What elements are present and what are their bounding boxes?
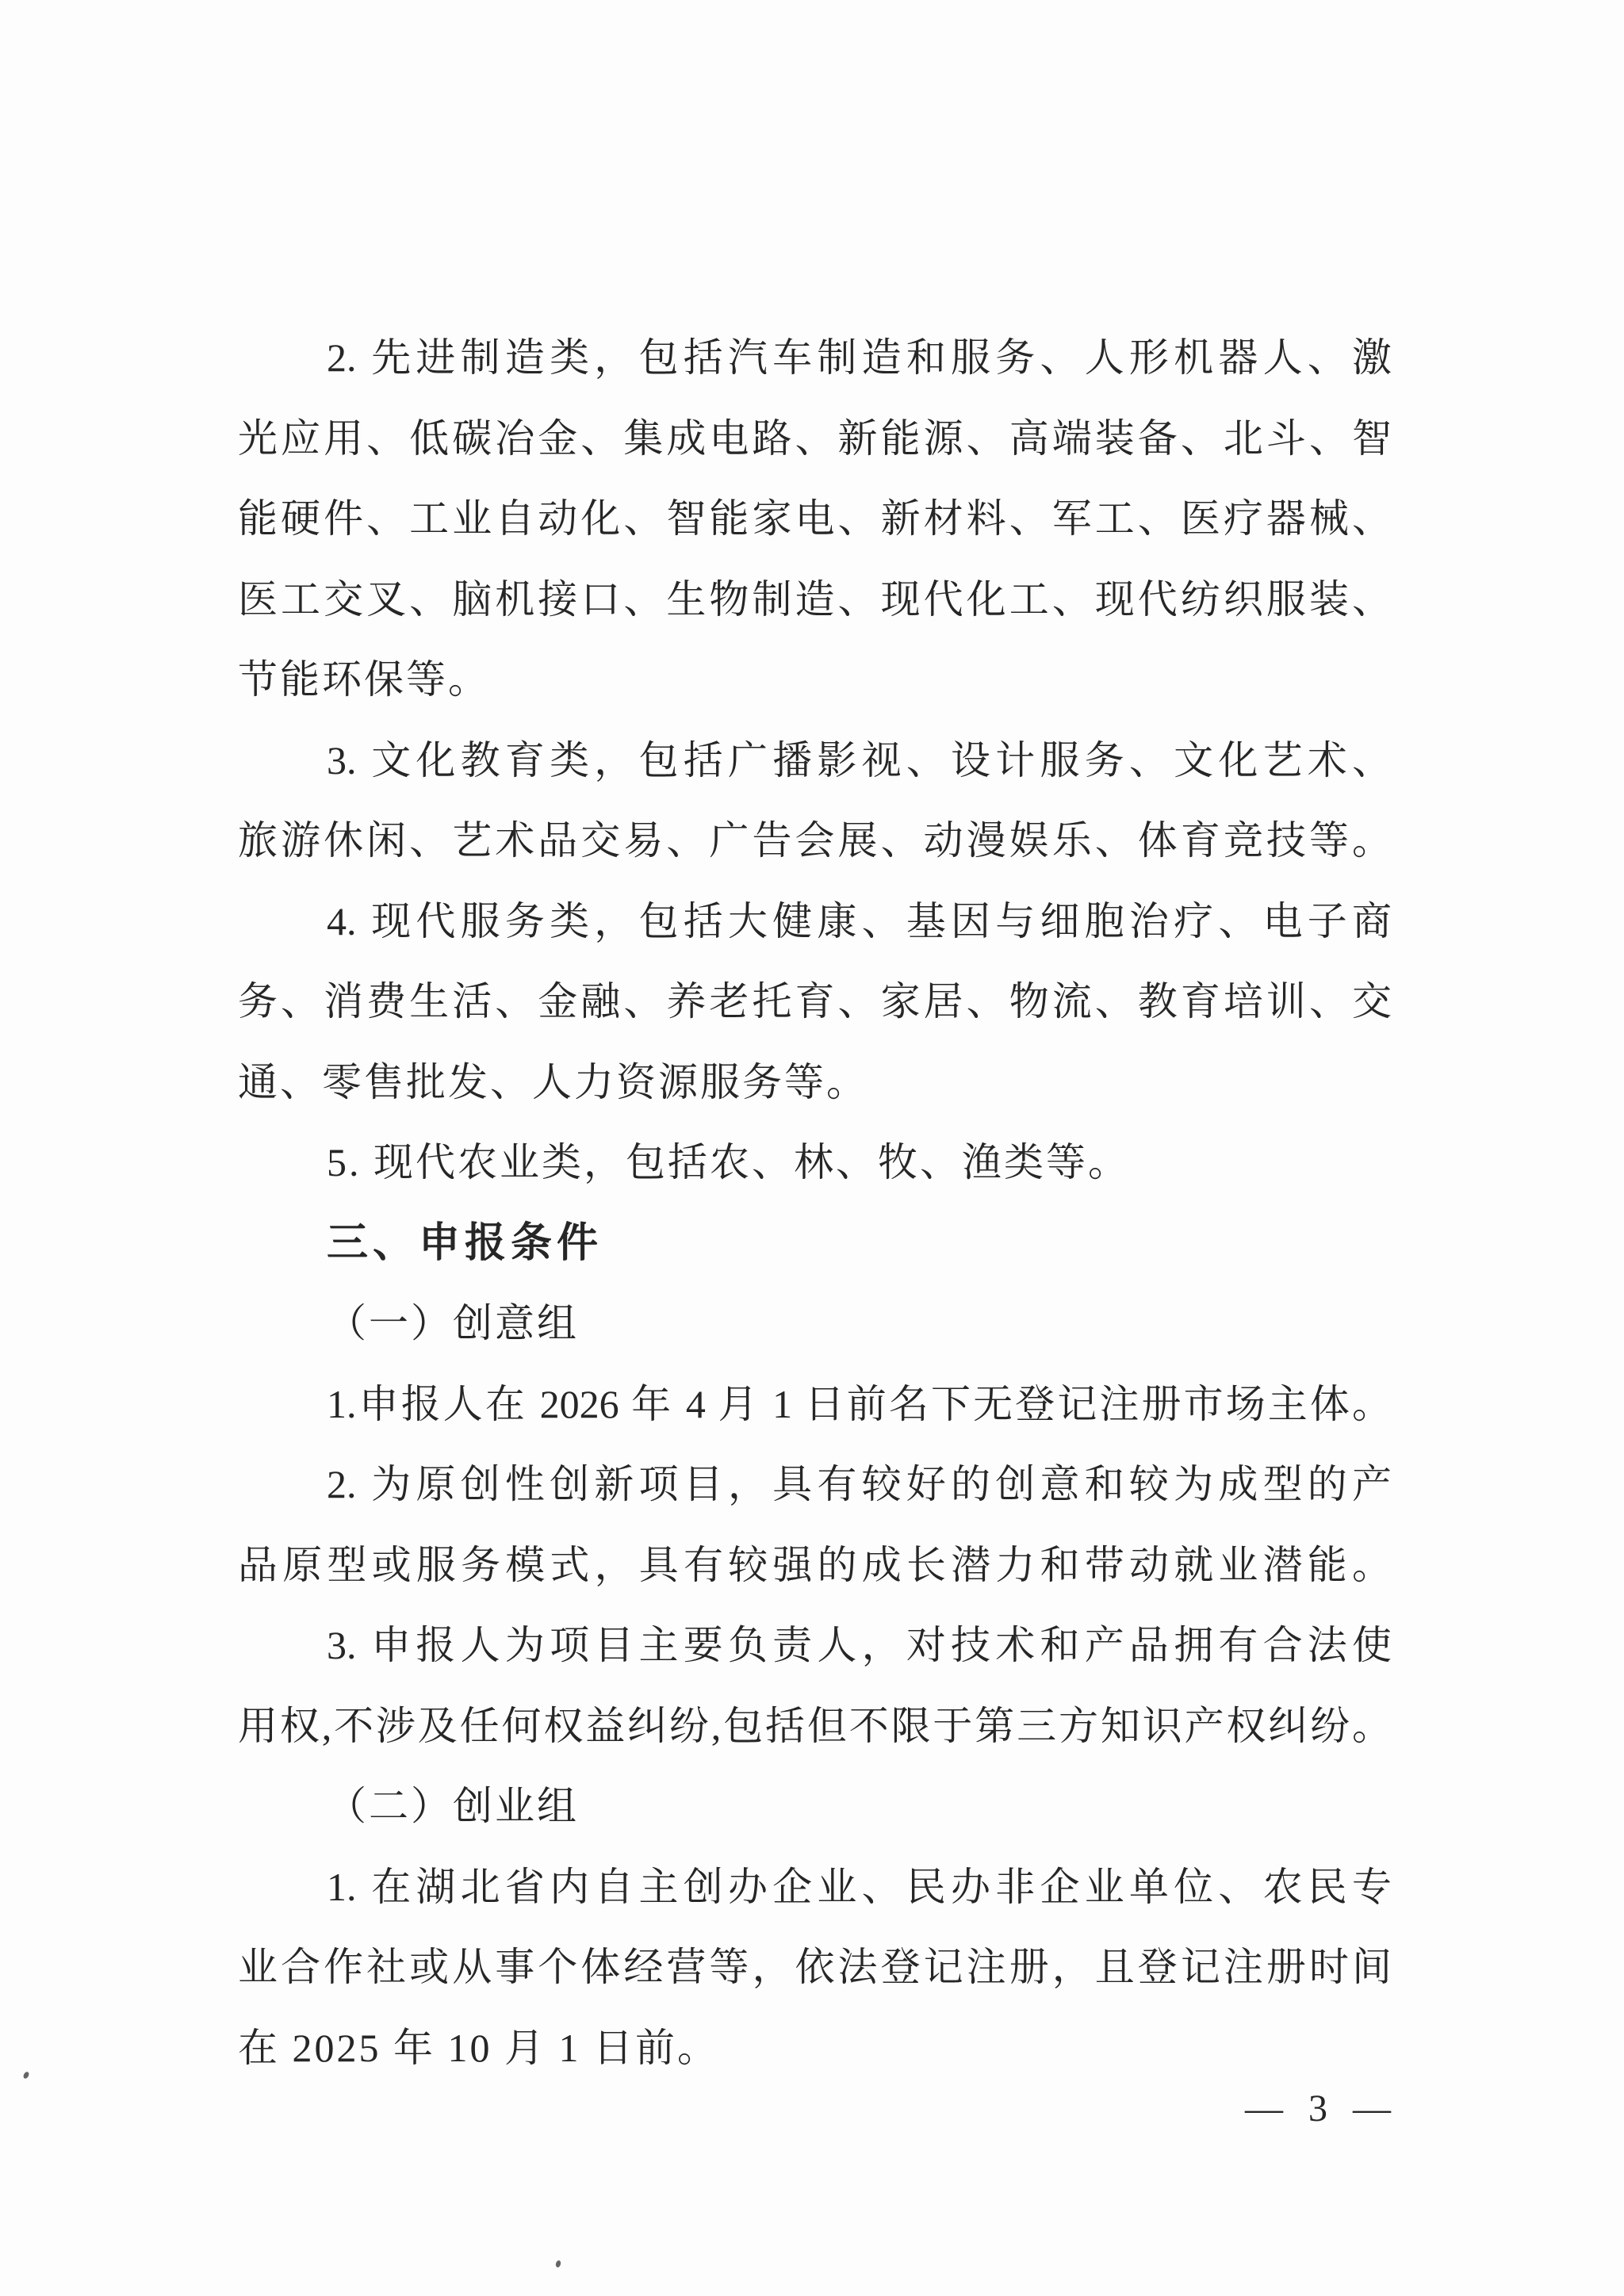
text-line: 通、零售批发、人力资源服务等。 bbox=[238, 1043, 1392, 1123]
text-line: （二）创业组 bbox=[238, 1766, 1392, 1847]
text-line: 能硬件、工业自动化、智能家电、新材料、军工、医疗器械、 bbox=[238, 479, 1392, 560]
text-line: 节能环保等。 bbox=[238, 640, 1392, 721]
text-line: 光应用、低碳冶金、集成电路、新能源、高端装备、北斗、智 bbox=[238, 399, 1392, 480]
text-line: 3. 申报人为项目主要负责人，对技术和产品拥有合法使 bbox=[238, 1605, 1392, 1686]
text-line: 务、消费生活、金融、养老托育、家居、物流、教育培训、交 bbox=[238, 962, 1392, 1043]
text-line: 5. 现代农业类，包括农、林、牧、渔类等。 bbox=[238, 1123, 1392, 1203]
text-line: 用权,不涉及任何权益纠纷,包括但不限于第三方知识产权纠纷。 bbox=[238, 1686, 1392, 1767]
text-line: 2. 为原创性创新项目，具有较好的创意和较为成型的产 bbox=[238, 1445, 1392, 1525]
text-line: 医工交叉、脑机接口、生物制造、现代化工、现代纺织服装、 bbox=[238, 560, 1392, 641]
text-line: 2. 先进制造类，包括汽车制造和服务、人形机器人、激 bbox=[238, 318, 1392, 399]
document-body: 2. 先进制造类，包括汽车制造和服务、人形机器人、激光应用、低碳冶金、集成电路、… bbox=[238, 318, 1392, 2088]
text-line: 1. 在湖北省内自主创办企业、民办非企业单位、农民专 bbox=[238, 1847, 1392, 1928]
section-heading-line: 三、申报条件 bbox=[238, 1203, 1392, 1284]
text-line: 3. 文化教育类，包括广播影视、设计服务、文化艺术、 bbox=[238, 721, 1392, 802]
text-line: 旅游休闲、艺术品交易、广告会展、动漫娱乐、体育竞技等。 bbox=[238, 801, 1392, 882]
text-line: 业合作社或从事个体经营等，依法登记注册，且登记注册时间 bbox=[238, 1927, 1392, 2008]
text-line: 1.申报人在 2026 年 4 月 1 日前名下无登记注册市场主体。 bbox=[238, 1364, 1392, 1445]
document-page: 2. 先进制造类，包括汽车制造和服务、人形机器人、激光应用、低碳冶金、集成电路、… bbox=[0, 0, 1624, 2296]
page-number: — 3 — bbox=[1245, 2084, 1399, 2134]
text-line: 4. 现代服务类，包括大健康、基因与细胞治疗、电子商 bbox=[238, 882, 1392, 962]
text-line: 在 2025 年 10 月 1 日前。 bbox=[238, 2008, 1392, 2089]
text-line: 品原型或服务模式，具有较强的成长潜力和带动就业潜能。 bbox=[238, 1525, 1392, 1606]
text-line: （一）创意组 bbox=[238, 1284, 1392, 1364]
scan-artifact bbox=[555, 2260, 561, 2267]
scan-artifact bbox=[22, 2071, 30, 2080]
